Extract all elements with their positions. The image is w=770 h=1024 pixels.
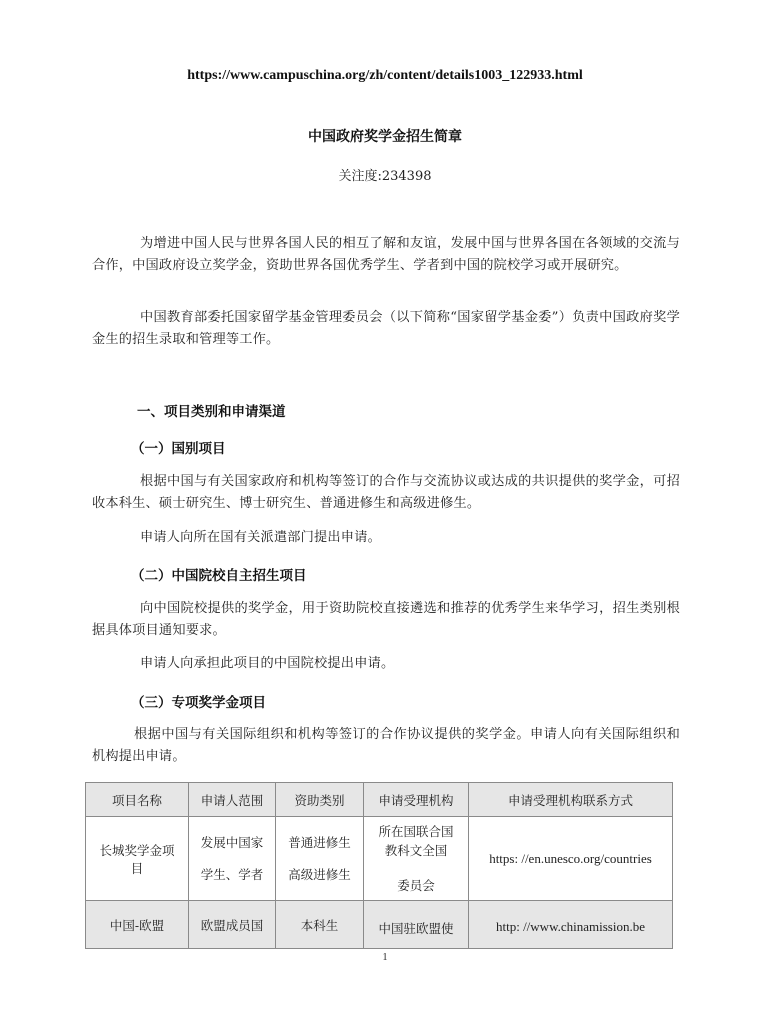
receiving-org-cell: 所在国联合国 教科文全国 委员会: [364, 817, 469, 901]
cell-text: 高级进修生: [280, 859, 359, 891]
applicant-scope-cell: 发展中国家 学生、学者: [189, 817, 276, 901]
cell-text: 教科文全国: [368, 841, 464, 860]
table-row: 长城奖学金项 目 发展中国家 学生、学者 普通进修生 高级进修生 所在国联合国 …: [86, 817, 673, 901]
subsection-1-paragraph-2: 申请人向所在国有关派遣部门提出申请。: [92, 527, 680, 549]
receiving-org-cell: 中国驻欧盟使: [364, 901, 469, 949]
cell-text: 普通进修生: [280, 827, 359, 859]
intro-paragraph-1: 为增进中国人民与世界各国人民的相互了解和友谊，发展中国与世界各国在各领域的交流与…: [92, 233, 680, 277]
cell-text: 学生、学者: [193, 859, 271, 891]
subsection-1-paragraph-1: 根据中国与有关国家政府和机构等签订的合作与交流协议或达成的共识提供的奖学金，可招…: [92, 471, 680, 515]
cell-text: 目: [90, 859, 184, 877]
document-page: https://www.campuschina.org/zh/content/d…: [0, 0, 770, 1024]
table-header-row: 项目名称 申请人范围 资助类别 申请受理机构 申请受理机构联系方式: [86, 783, 673, 817]
funding-category-cell: 普通进修生 高级进修生: [276, 817, 364, 901]
cell-text: 发展中国家: [193, 827, 271, 859]
views-count: 关注度:234398: [0, 165, 770, 184]
subsection-heading-3: （三）专项奖学金项目: [131, 691, 266, 711]
table-header-cell: 项目名称: [86, 783, 189, 817]
subsection-heading-2: （二）中国院校自主招生项目: [131, 564, 307, 584]
program-name-cell: 中国-欧盟: [86, 901, 189, 949]
table-header-cell: 资助类别: [276, 783, 364, 817]
scholarship-table: 项目名称 申请人范围 资助类别 申请受理机构 申请受理机构联系方式 长城奖学金项…: [85, 782, 673, 949]
page-number: 1: [0, 952, 770, 963]
intro-paragraph-2: 中国教育部委托国家留学基金管理委员会（以下简称“国家留学基金委”）负责中国政府奖…: [92, 307, 680, 351]
cell-text: 长城奖学金项: [90, 841, 184, 859]
applicant-scope-cell: 欧盟成员国: [189, 901, 276, 949]
table-header-cell: 申请受理机构联系方式: [469, 783, 673, 817]
subsection-2-paragraph-1: 向中国院校提供的奖学金，用于资助院校直接遴选和推荐的优秀学生来华学习，招生类别根…: [92, 598, 680, 642]
program-name-cell: 长城奖学金项 目: [86, 817, 189, 901]
table-row: 中国-欧盟 欧盟成员国 本科生 中国驻欧盟使 http: //www.china…: [86, 901, 673, 949]
contact-link-cell[interactable]: https: //en.unesco.org/countries: [469, 817, 673, 901]
contact-link-cell[interactable]: http: //www.chinamission.be: [469, 901, 673, 949]
funding-category-cell: 本科生: [276, 901, 364, 949]
cell-text: 所在国联合国: [368, 822, 464, 841]
source-url: https://www.campuschina.org/zh/content/d…: [0, 68, 770, 84]
table-header-cell: 申请人范围: [189, 783, 276, 817]
page-title: 中国政府奖学金招生简章: [0, 126, 770, 146]
section-heading: 一、项目类别和申请渠道: [137, 400, 286, 420]
cell-text: 委员会: [368, 876, 464, 895]
table-header-cell: 申请受理机构: [364, 783, 469, 817]
subsection-heading-1: （一）国别项目: [131, 437, 226, 457]
subsection-2-paragraph-2: 申请人向承担此项目的中国院校提出申请。: [92, 653, 680, 675]
subsection-3-paragraph-1: 根据中国与有关国际组织和机构等签订的合作协议提供的奖学金。申请人向有关国际组织和…: [92, 724, 680, 768]
